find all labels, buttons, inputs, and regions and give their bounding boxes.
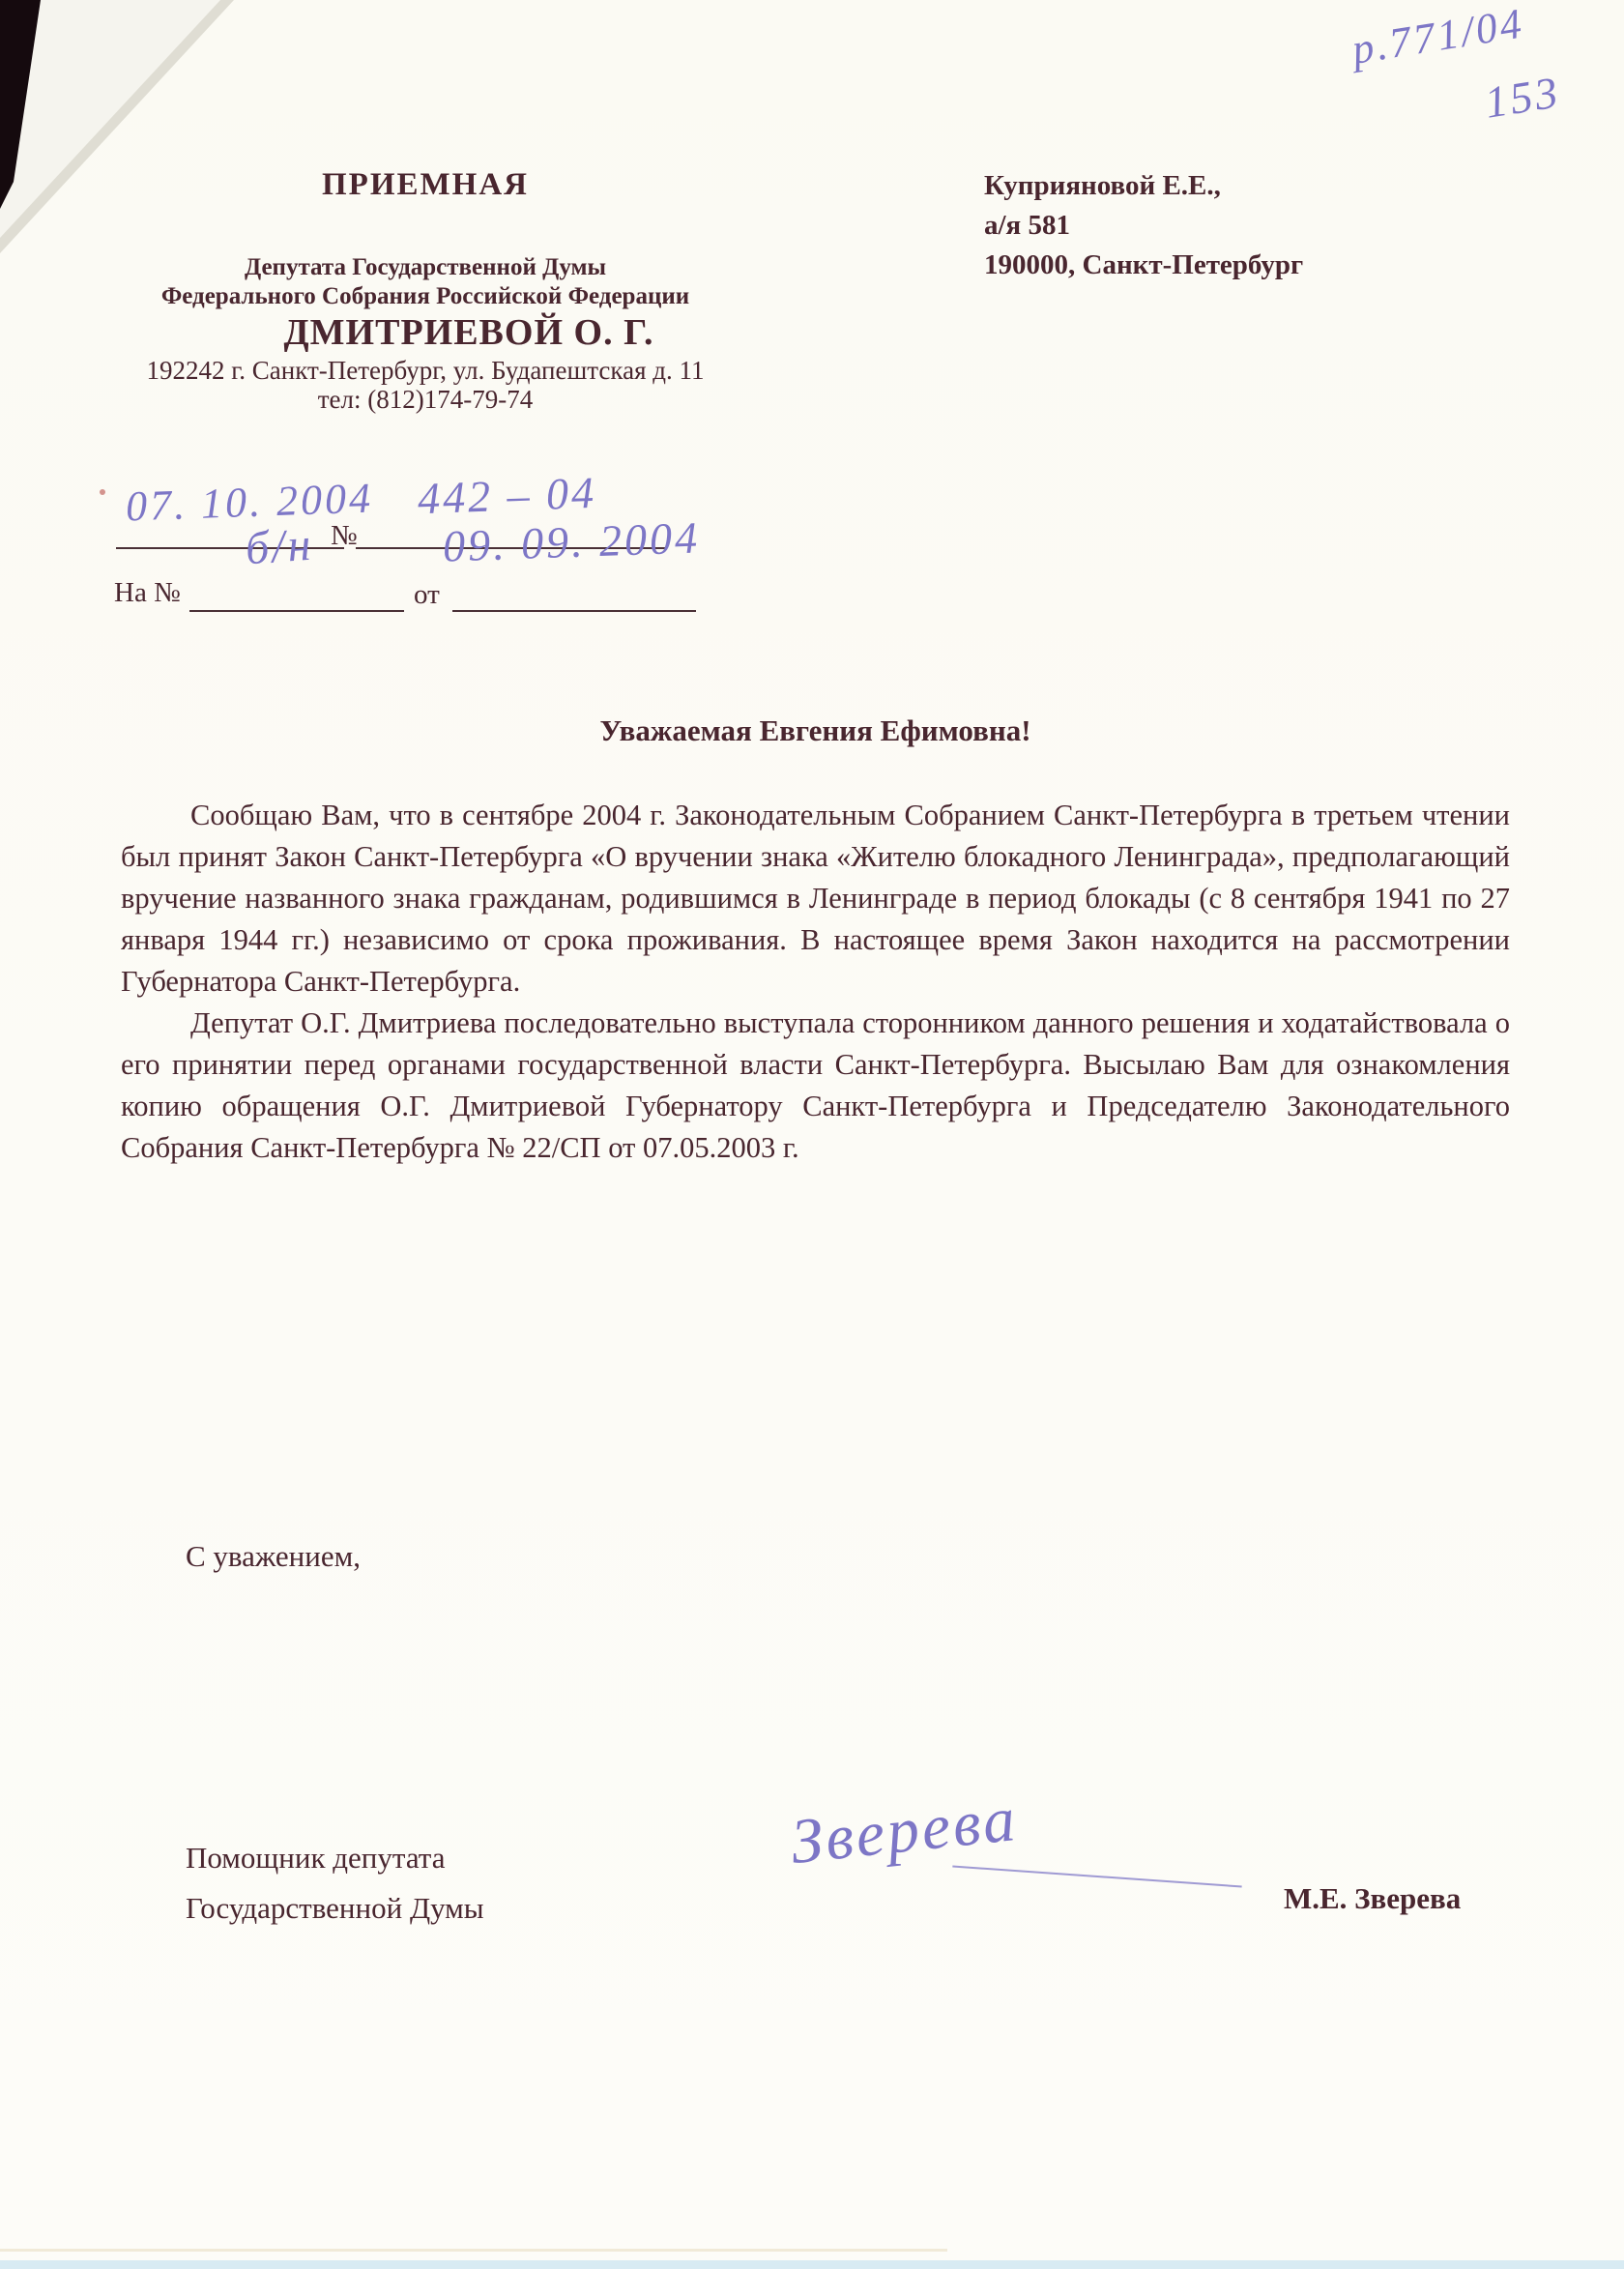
paragraph-1: Сообщаю Вам, что в сентябре 2004 г. Зако… — [121, 795, 1510, 1003]
signature-tail-stroke — [952, 1866, 1241, 1888]
salutation: Уважаемая Евгения Ефимовна! — [121, 713, 1510, 748]
letterhead-line1: Депутата Государственной Думы — [72, 253, 778, 282]
letterhead-address: 192242 г. Санкт-Петербург, ул. Будапештс… — [72, 356, 778, 385]
closing-phrase: С уважением, — [186, 1539, 361, 1574]
incoming-date-handwritten: 09. 09. 2004 — [442, 511, 701, 571]
registration-note-number: р.771/04 — [1348, 0, 1527, 74]
scanner-edge-strip — [0, 2260, 1624, 2269]
recipient-address: Куприяновой Е.Е., а/я 581 190000, Санкт-… — [984, 166, 1303, 285]
from-label: от — [414, 579, 440, 611]
signer-name: М.Е. Зверева — [1284, 1881, 1461, 1916]
underline-incoming-date — [452, 610, 696, 612]
letterhead-title: ПРИЕМНАЯ — [72, 166, 778, 203]
signer-title-line1: Помощник депутата — [186, 1833, 484, 1883]
bottom-crease — [0, 2249, 947, 2252]
signer-title: Помощник депутата Государственной Думы — [186, 1833, 484, 1934]
signature-handwritten: Зверева — [788, 1783, 1022, 1879]
red-speck — [100, 489, 105, 495]
sender-letterhead: ПРИЕМНАЯ Депутата Государственной Думы Ф… — [72, 166, 778, 414]
letterhead-phone: тел: (812)174-79-74 — [72, 385, 778, 414]
underline-incoming-number — [189, 610, 404, 612]
paragraph-2: Депутат О.Г. Дмитриева последовательно в… — [121, 1003, 1510, 1169]
incoming-number-handwritten: б/н — [244, 518, 315, 576]
signer-title-line2: Государственной Думы — [186, 1883, 484, 1934]
scanned-letter-page: р.771/04 153 ПРИЕМНАЯ Депутата Государст… — [0, 0, 1624, 2269]
letter-body: Сообщаю Вам, что в сентябре 2004 г. Зако… — [121, 795, 1510, 1169]
letterhead-deputy-name: ДМИТРИЕВОЙ О. Г. — [116, 311, 822, 354]
registration-note-page: 153 — [1481, 66, 1563, 129]
recipient-name: Куприяновой Е.Е., — [984, 166, 1303, 206]
incoming-number-label: На № — [114, 577, 181, 609]
recipient-city: 190000, Санкт-Петербург — [984, 246, 1303, 285]
letterhead-line2: Федерального Собрания Российской Федерац… — [72, 282, 778, 311]
recipient-po-box: а/я 581 — [984, 206, 1303, 246]
